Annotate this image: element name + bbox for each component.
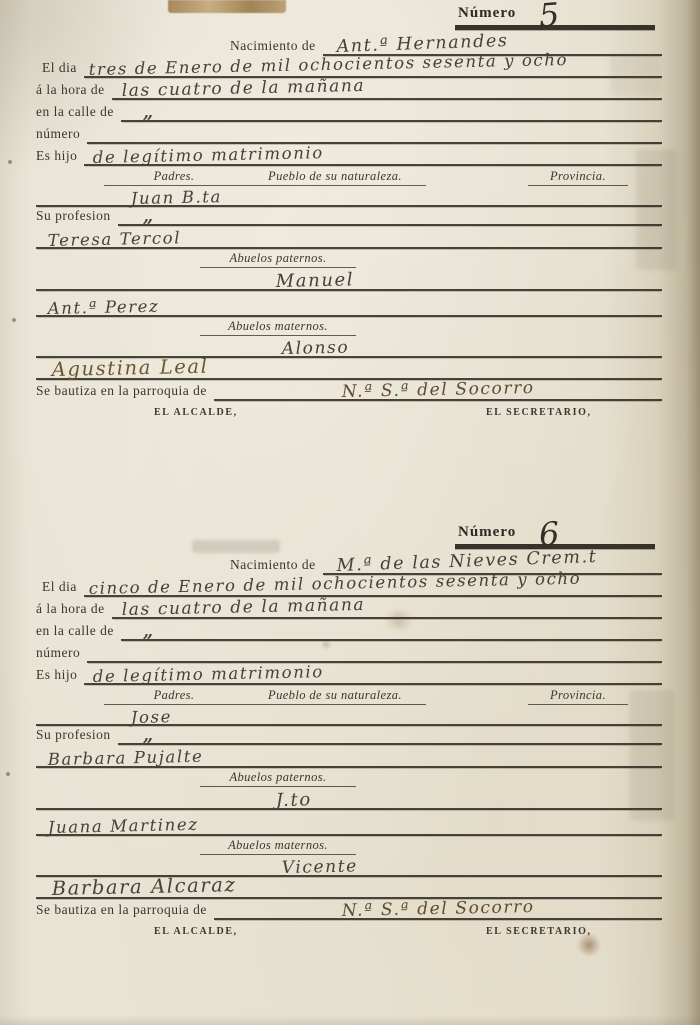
hijo-row: Es hijo de legítimo matrimonio xyxy=(36,144,662,166)
dia-row: El dia tres de Enero de mil ochocientos … xyxy=(36,56,662,78)
madre-handwritten: Teresa Tercol xyxy=(48,228,182,250)
parroquia-row: Se bautiza en la parroquia de N.ª S.ª de… xyxy=(36,380,662,401)
numero-calle-label: número xyxy=(36,646,87,663)
padre-row: Juan B.ta xyxy=(36,186,662,207)
madre-line: Barbara Pujalte xyxy=(36,743,662,768)
abuela-materna-row: Barbara Alcaraz xyxy=(36,877,662,899)
signature-row: EL ALCALDE, EL SECRETARIO, xyxy=(36,920,662,940)
madre-handwritten: Barbara Pujalte xyxy=(48,747,204,769)
dia-line: cinco de Enero de mil ochocientos sesent… xyxy=(84,573,662,597)
numero-handwritten-value: 6 xyxy=(538,522,560,549)
numero-label: Número xyxy=(458,524,516,541)
parroquia-label: Se bautiza en la parroquia de xyxy=(36,384,214,401)
alcalde-label: EL ALCALDE, xyxy=(154,926,238,937)
abuela-materna-line: Barbara Alcaraz xyxy=(36,875,662,899)
signature-row: EL ALCALDE, EL SECRETARIO, xyxy=(36,401,662,421)
numero-label: Número xyxy=(458,5,516,22)
profesion-line: „ xyxy=(118,205,662,226)
profesion-line: „ xyxy=(118,724,662,745)
hora-line: las cuatro de la mañana xyxy=(112,595,662,619)
numero-field: Número 6 xyxy=(455,518,655,549)
hijo-handwritten: de legítimo matrimonio xyxy=(93,662,324,686)
abuela-paterna-row: Ant.ª Perez xyxy=(36,291,662,317)
parroquia-label: Se bautiza en la parroquia de xyxy=(36,903,214,920)
abuela-paterna-handwritten: Ant.ª Perez xyxy=(48,297,160,318)
abuelo-paterno-line: Manuel xyxy=(36,266,662,291)
abuelo-materno-row: Alonso xyxy=(36,336,662,358)
numero-field: Número 5 xyxy=(455,0,655,30)
abuela-paterna-row: Juana Martinez xyxy=(36,810,662,836)
madre-line: Teresa Tercol xyxy=(36,224,662,249)
parroquia-line: N.ª S.ª del Socorro xyxy=(214,378,662,401)
abuela-paterna-handwritten: Juana Martinez xyxy=(48,815,199,837)
parroquia-handwritten: N.ª S.ª del Socorro xyxy=(341,378,534,402)
padre-line: Jose xyxy=(36,703,662,726)
nacimiento-row: Nacimiento de Ant.ª Hernandes xyxy=(36,30,662,56)
column-headers: Padres. Pueblo de su naturaleza. Provinc… xyxy=(36,685,662,705)
abuela-paterna-line: Juana Martinez xyxy=(36,808,662,836)
abuela-materna-row: Agustina Leal xyxy=(36,358,662,380)
dia-row: El dia cinco de Enero de mil ochocientos… xyxy=(36,575,662,597)
hijo-line: de legítimo matrimonio xyxy=(84,661,662,685)
numero-calle-line xyxy=(87,120,662,144)
secretario-label: EL SECRETARIO, xyxy=(486,407,592,418)
paper-speck xyxy=(12,318,16,322)
abuela-materna-handwritten: Barbara Alcaraz xyxy=(52,873,237,900)
abuelo-materno-line: Alonso xyxy=(36,334,662,358)
numero-row: Número 5 xyxy=(36,4,662,30)
hijo-label: Es hijo xyxy=(36,668,84,685)
hijo-row: Es hijo de legítimo matrimonio xyxy=(36,663,662,685)
dia-label: El dia xyxy=(42,61,84,78)
dia-handwritten: tres de Enero de mil ochocientos sesenta… xyxy=(88,50,568,79)
hora-row: á la hora de las cuatro de la mañana xyxy=(36,597,662,619)
calle-row: en la calle de „ xyxy=(36,619,662,641)
abuelo-paterno-row: Manuel xyxy=(36,268,662,291)
birth-record-1: Número 5 Nacimiento de Ant.ª Hernandes E… xyxy=(36,4,662,421)
abuela-paterna-line: Ant.ª Perez xyxy=(36,289,662,317)
numero-calle-label: número xyxy=(36,127,87,144)
parroquia-row: Se bautiza en la parroquia de N.ª S.ª de… xyxy=(36,899,662,920)
abuelo-paterno-line: J.to xyxy=(36,785,662,810)
abuelo-materno-line: Vicente xyxy=(36,853,662,877)
paper-speck xyxy=(6,772,10,776)
calle-line: „ xyxy=(121,617,662,641)
parroquia-line: N.ª S.ª del Socorro xyxy=(214,897,662,920)
numero-row: Número 6 xyxy=(36,523,662,549)
dia-line: tres de Enero de mil ochocientos sesenta… xyxy=(84,54,662,78)
abuelo-materno-row: Vicente xyxy=(36,855,662,877)
alcalde-label: EL ALCALDE, xyxy=(154,407,238,418)
madre-row: Teresa Tercol xyxy=(36,226,662,249)
paper-speck xyxy=(8,160,12,164)
abuela-materna-handwritten: Agustina Leal xyxy=(52,355,209,381)
hijo-handwritten: de legítimo matrimonio xyxy=(93,143,324,167)
hijo-label: Es hijo xyxy=(36,149,84,166)
hora-label: á la hora de xyxy=(36,83,112,100)
numero-calle-row: número xyxy=(36,641,662,663)
padre-row: Jose xyxy=(36,705,662,726)
birth-record-2: Número 6 Nacimiento de M.ª de las Nieves… xyxy=(36,523,662,940)
padre-line: Juan B.ta xyxy=(36,184,662,207)
dia-label: El dia xyxy=(42,580,84,597)
madre-row: Barbara Pujalte xyxy=(36,745,662,768)
numero-calle-line xyxy=(87,639,662,663)
column-headers: Padres. Pueblo de su naturaleza. Provinc… xyxy=(36,166,662,186)
hora-row: á la hora de las cuatro de la mañana xyxy=(36,78,662,100)
registry-page: Número 5 Nacimiento de Ant.ª Hernandes E… xyxy=(0,0,700,1025)
dia-handwritten: cinco de Enero de mil ochocientos sesent… xyxy=(88,569,581,598)
numero-calle-row: número xyxy=(36,122,662,144)
calle-line: „ xyxy=(121,98,662,122)
hora-line: las cuatro de la mañana xyxy=(112,76,662,100)
abuelo-paterno-row: J.to xyxy=(36,787,662,810)
numero-handwritten-value: 5 xyxy=(538,3,560,30)
hora-label: á la hora de xyxy=(36,602,112,619)
secretario-label: EL SECRETARIO, xyxy=(486,926,592,937)
abuela-materna-line: Agustina Leal xyxy=(36,356,662,380)
hijo-line: de legítimo matrimonio xyxy=(84,142,662,166)
parroquia-handwritten: N.ª S.ª del Socorro xyxy=(341,897,534,921)
calle-row: en la calle de „ xyxy=(36,100,662,122)
